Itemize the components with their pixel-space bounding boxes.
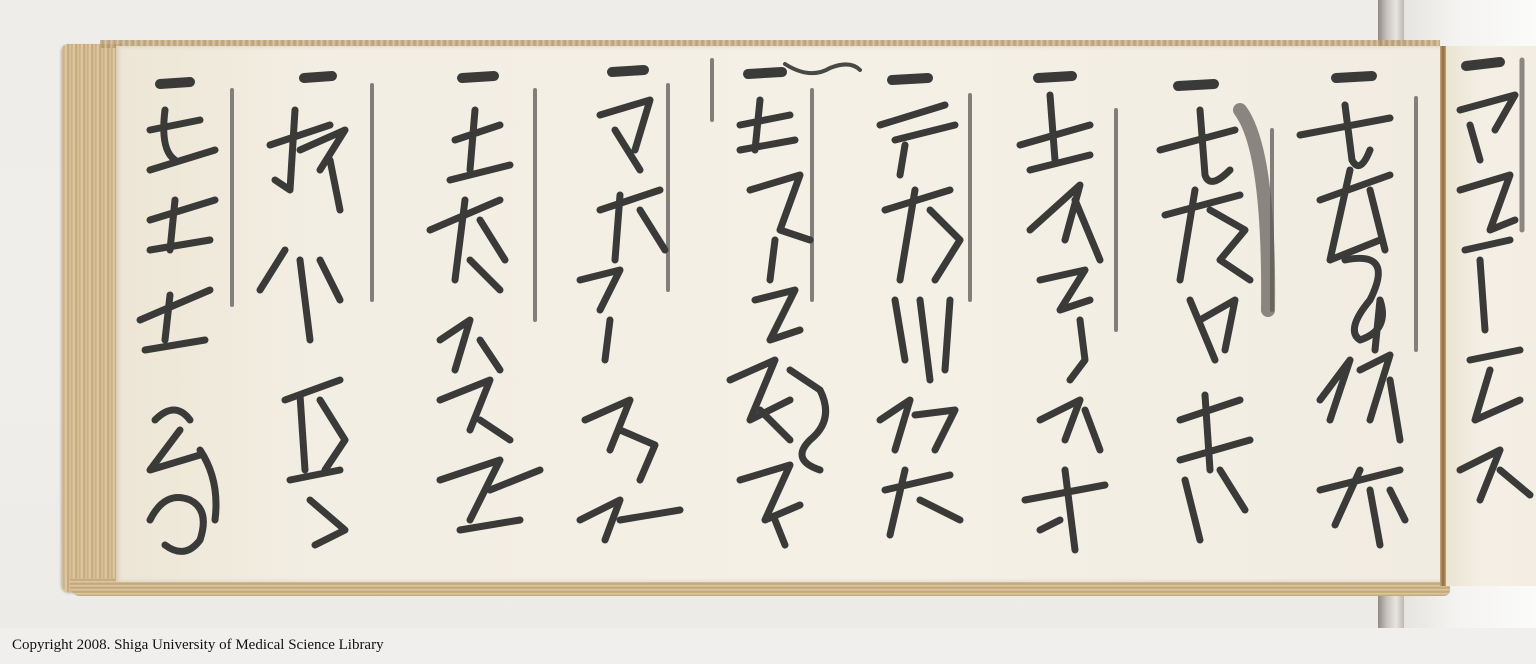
column-6-script: [580, 100, 680, 540]
entry-markers: [160, 62, 1500, 86]
column-4-script: [880, 105, 960, 535]
column-3-script: [1020, 95, 1105, 550]
column-8-script: [260, 110, 345, 545]
copyright-caption: Copyright 2008. Shiga University of Medi…: [12, 637, 384, 654]
calligraphy-text: [0, 0, 1536, 628]
column-2-script: [1160, 110, 1250, 540]
column-1-script: [1300, 105, 1405, 545]
column-7-script: [430, 110, 540, 530]
column-9-script: [140, 110, 216, 551]
